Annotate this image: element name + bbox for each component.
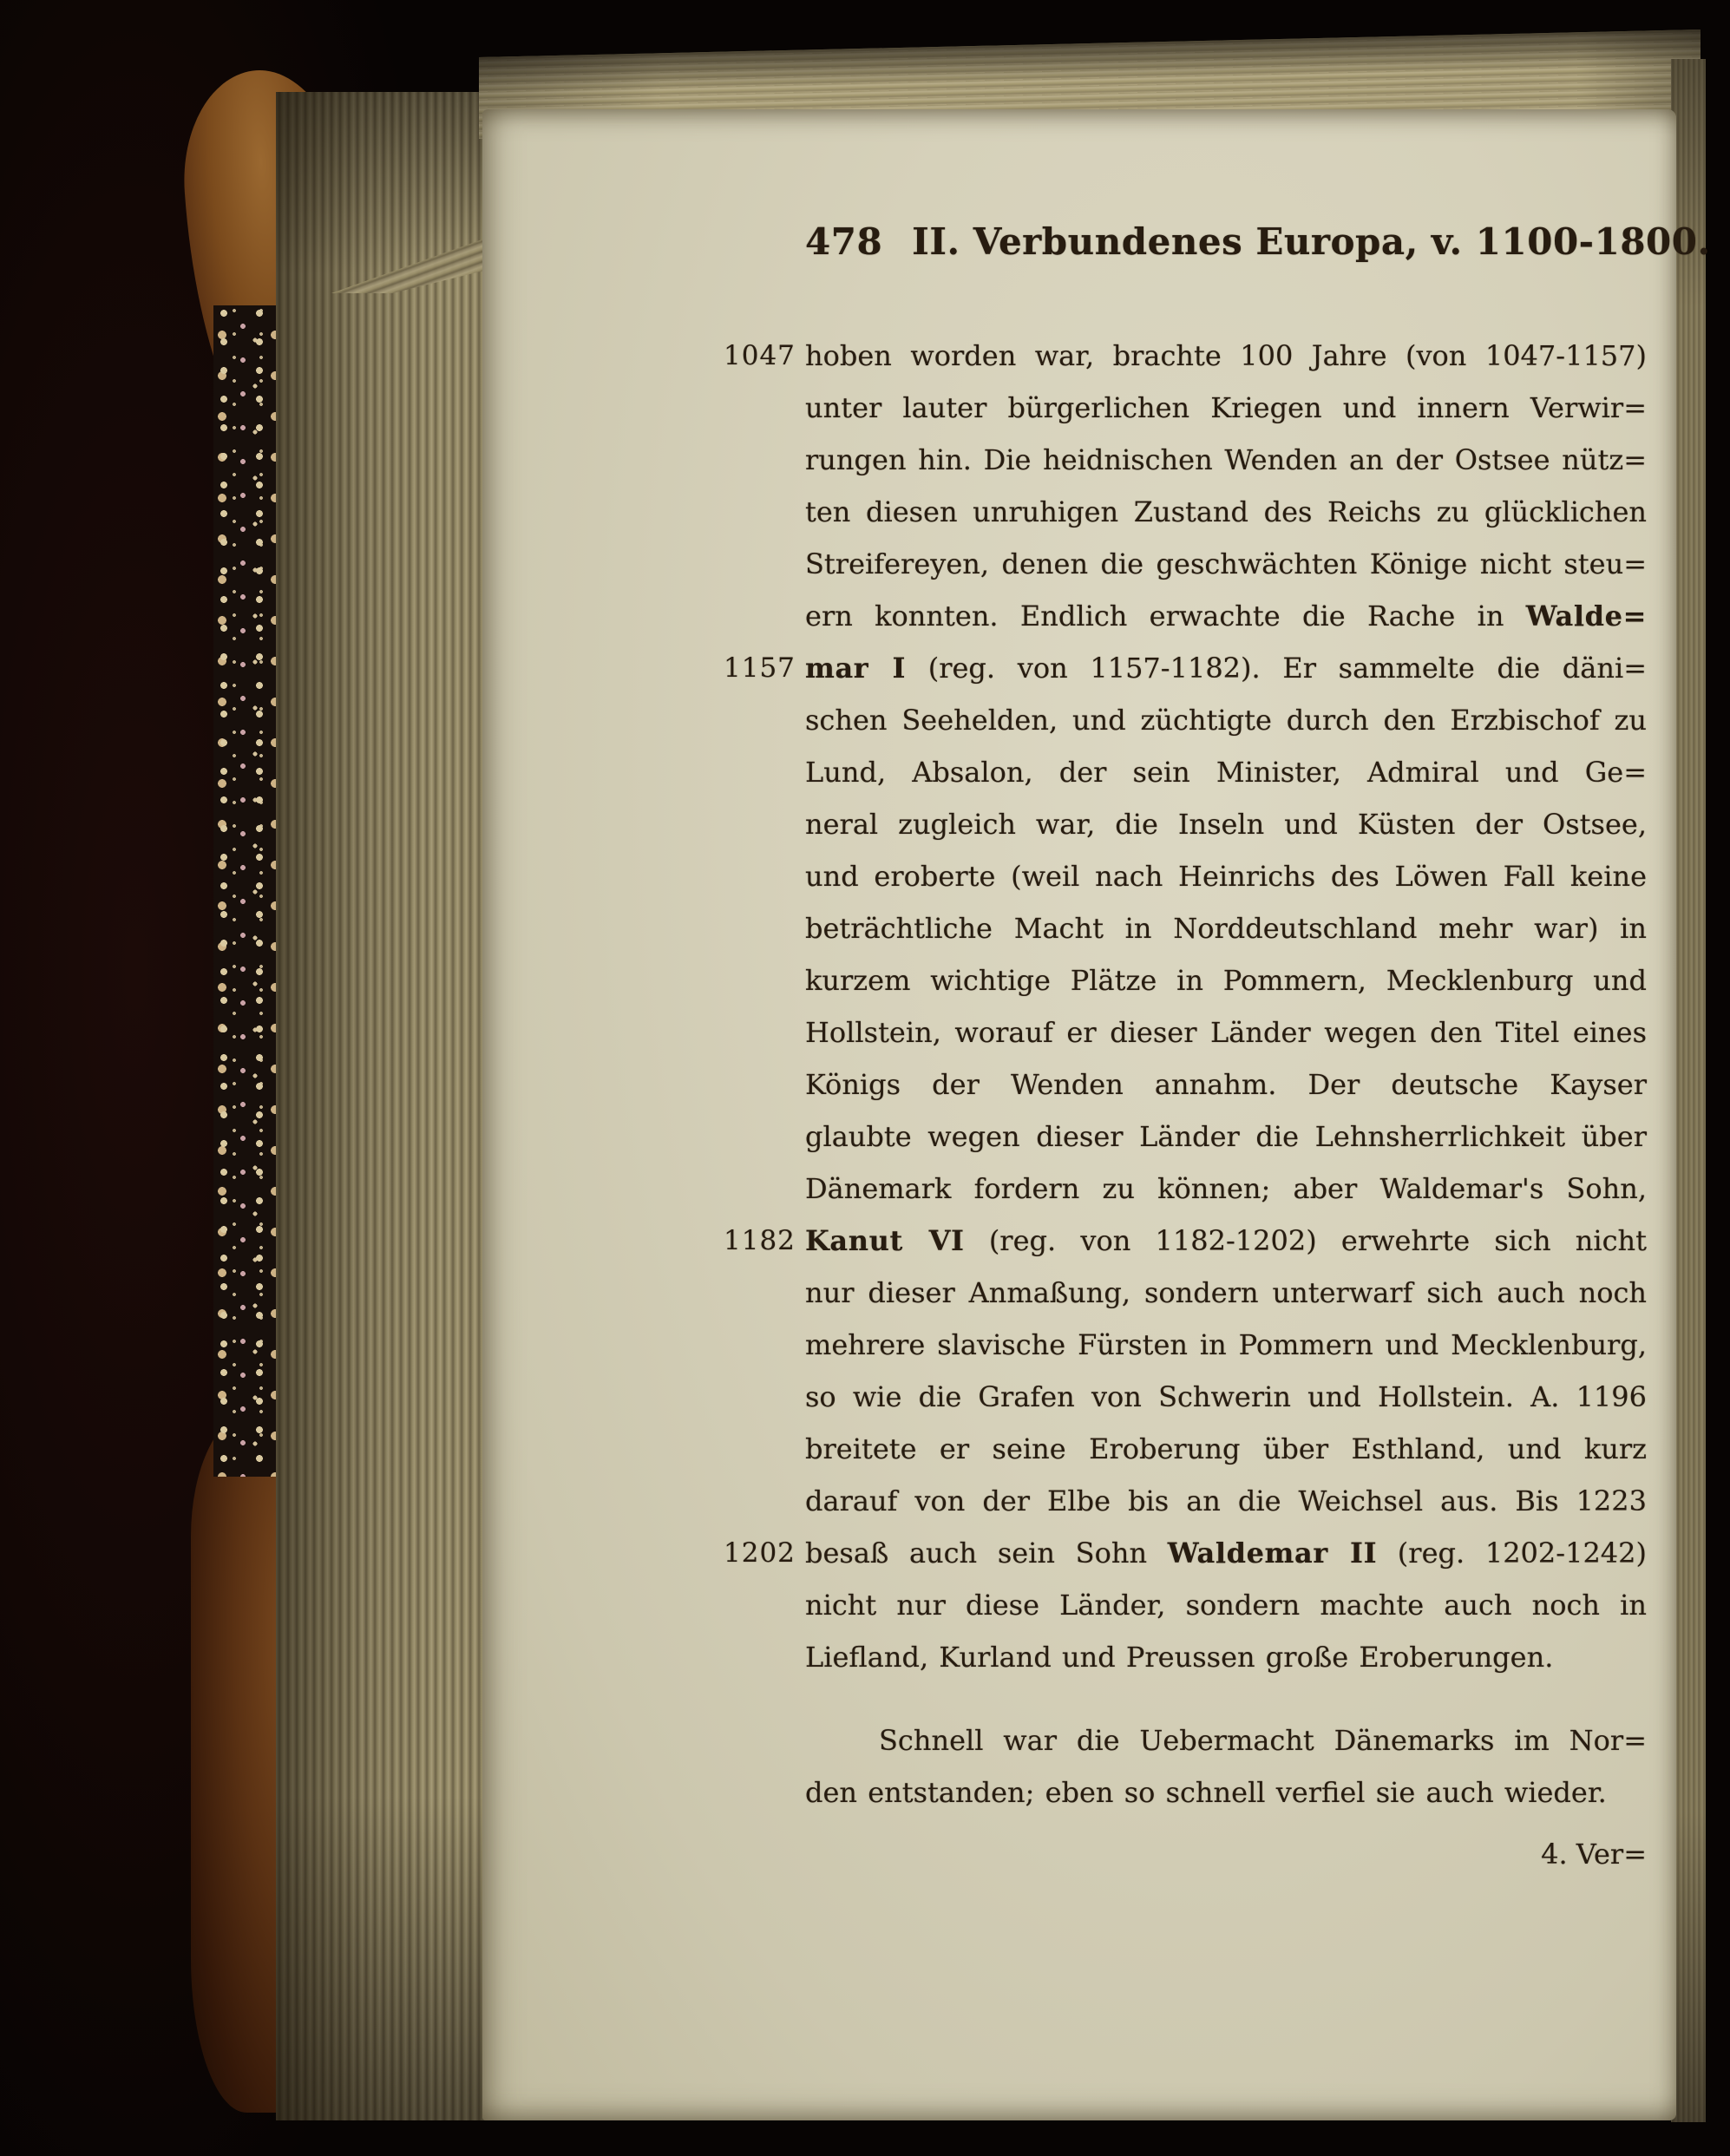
text-line: breitete er seine Eroberung über Esthlan… bbox=[805, 1423, 1647, 1475]
line-text: Schnell war die Uebermacht Dänemarks im … bbox=[879, 1724, 1647, 1757]
line-text: ten diesen unruhigen Zustand des Reichs … bbox=[805, 495, 1647, 528]
line-text: mehrere slavische Fürsten in Pommern und… bbox=[805, 1328, 1647, 1361]
line-text: Liefland, Kurland und Preussen große Ero… bbox=[805, 1641, 1553, 1674]
line-text: rungen hin. Die heidnischen Wenden an de… bbox=[805, 443, 1647, 476]
paragraph-1: 1047hoben worden war, brachte 100 Jahre … bbox=[805, 330, 1647, 1683]
running-header: 478 II. Verbundenes Europa, v. 1100-1800… bbox=[805, 220, 1647, 263]
text-line: Streifereyen, denen die geschwächten Kön… bbox=[805, 538, 1647, 590]
text-line: Schnell war die Uebermacht Dänemarks im … bbox=[805, 1714, 1647, 1766]
text-line: 1202besaß auch sein Sohn Waldemar II (re… bbox=[805, 1527, 1647, 1579]
page-block-fore-edge bbox=[276, 92, 486, 2120]
text-line: 1047hoben worden war, brachte 100 Jahre … bbox=[805, 330, 1647, 382]
text-line: Lund, Absalon, der sein Minister, Admira… bbox=[805, 746, 1647, 798]
emphasized-name: mar I bbox=[805, 652, 906, 685]
line-text: (reg. 1202-1242) bbox=[1377, 1537, 1647, 1569]
text-line: Liefland, Kurland und Preussen große Ero… bbox=[805, 1631, 1647, 1683]
line-text: (reg. von 1182-1202) erwehrte sich nicht bbox=[965, 1224, 1647, 1257]
text-line: ten diesen unruhigen Zustand des Reichs … bbox=[805, 486, 1647, 538]
text-line: mehrere slavische Fürsten in Pommern und… bbox=[805, 1319, 1647, 1371]
marbled-cover-board-edge bbox=[213, 305, 281, 1477]
line-text: besaß auch sein Sohn bbox=[805, 1537, 1168, 1569]
line-text: unter lauter bürgerlichen Kriegen und in… bbox=[805, 391, 1647, 424]
line-text: beträchtliche Macht in Norddeutschland m… bbox=[805, 912, 1647, 945]
text-line: glaubte wegen dieser Länder die Lehnsher… bbox=[805, 1111, 1647, 1163]
line-text: Lund, Absalon, der sein Minister, Admira… bbox=[805, 756, 1647, 789]
text-line: nicht nur diese Länder, sondern machte a… bbox=[805, 1579, 1647, 1631]
text-line: Hollstein, worauf er dieser Länder wegen… bbox=[805, 1006, 1647, 1058]
paragraph-2: Schnell war die Uebermacht Dänemarks im … bbox=[805, 1714, 1647, 1819]
line-text: so wie die Grafen von Schwerin und Holls… bbox=[805, 1380, 1647, 1413]
text-line: neral zugleich war, die Inseln und Küste… bbox=[805, 798, 1647, 850]
text-line: unter lauter bürgerlichen Kriegen und in… bbox=[805, 382, 1647, 434]
line-text: schen Seehelden, und züchtigte durch den… bbox=[805, 704, 1647, 737]
margin-year: 1157 bbox=[724, 642, 800, 694]
book-page: 478 II. Verbundenes Europa, v. 1100-1800… bbox=[482, 109, 1676, 2120]
line-text: neral zugleich war, die Inseln und Küste… bbox=[805, 808, 1647, 841]
catchword-row: 4. Ver= bbox=[805, 1838, 1647, 1871]
line-text: Königs der Wenden annahm. Der deutsche K… bbox=[805, 1068, 1647, 1101]
margin-year: 1182 bbox=[724, 1215, 800, 1267]
text-line: 1157mar I (reg. von 1157-1182). Er samme… bbox=[805, 642, 1647, 694]
line-text: darauf von der Elbe bis an die Weichsel … bbox=[805, 1484, 1647, 1517]
margin-year: 1047 bbox=[724, 330, 800, 382]
line-text: den entstanden; eben so schnell verfiel … bbox=[805, 1776, 1607, 1809]
text-line: nur dieser Anmaßung, sondern unterwarf s… bbox=[805, 1267, 1647, 1319]
text-line: kurzem wichtige Plätze in Pommern, Meckl… bbox=[805, 954, 1647, 1006]
line-text: kurzem wichtige Plätze in Pommern, Meckl… bbox=[805, 964, 1647, 997]
line-text: Dänemark fordern zu können; aber Waldema… bbox=[805, 1172, 1647, 1205]
text-line: rungen hin. Die heidnischen Wenden an de… bbox=[805, 434, 1647, 486]
text-line: beträchtliche Macht in Norddeutschland m… bbox=[805, 902, 1647, 954]
chapter-title: II. Verbundenes Europa, v. 1100-1800. bbox=[912, 220, 1710, 263]
text-line: so wie die Grafen von Schwerin und Holls… bbox=[805, 1371, 1647, 1423]
margin-year: 1202 bbox=[724, 1527, 800, 1579]
text-line: und eroberte (weil nach Heinrichs des Lö… bbox=[805, 850, 1647, 902]
text-line: schen Seehelden, und züchtigte durch den… bbox=[805, 694, 1647, 746]
text-line: darauf von der Elbe bis an die Weichsel … bbox=[805, 1475, 1647, 1527]
text-line: den entstanden; eben so schnell verfiel … bbox=[805, 1766, 1647, 1819]
line-text: und eroberte (weil nach Heinrichs des Lö… bbox=[805, 860, 1647, 893]
line-text: breitete er seine Eroberung über Esthlan… bbox=[805, 1432, 1647, 1465]
text-line: Königs der Wenden annahm. Der deutsche K… bbox=[805, 1058, 1647, 1111]
text-line: Dänemark fordern zu können; aber Waldema… bbox=[805, 1163, 1647, 1215]
line-text: ern konnten. Endlich erwachte die Rache … bbox=[805, 600, 1526, 632]
scanned-book-photo: 478 II. Verbundenes Europa, v. 1100-1800… bbox=[0, 0, 1730, 2156]
catchword: 4. Ver= bbox=[1541, 1838, 1647, 1871]
line-text: Hollstein, worauf er dieser Länder wegen… bbox=[805, 1016, 1647, 1049]
emphasized-name: Kanut VI bbox=[805, 1224, 965, 1257]
line-text: glaubte wegen dieser Länder die Lehnsher… bbox=[805, 1120, 1647, 1153]
emphasized-name: Waldemar II bbox=[1168, 1537, 1377, 1569]
line-text: nicht nur diese Länder, sondern machte a… bbox=[805, 1589, 1647, 1622]
page-number: 478 bbox=[805, 220, 882, 263]
page-block-right-edge bbox=[1671, 59, 1706, 2122]
line-text: (reg. von 1157-1182). Er sammelte die dä… bbox=[906, 652, 1647, 685]
line-text: nur dieser Anmaßung, sondern unterwarf s… bbox=[805, 1276, 1647, 1309]
emphasized-name: Walde= bbox=[1526, 600, 1647, 632]
text-line: ern konnten. Endlich erwachte die Rache … bbox=[805, 590, 1647, 642]
line-text: Streifereyen, denen die geschwächten Kön… bbox=[805, 547, 1647, 580]
line-text: hoben worden war, brachte 100 Jahre (von… bbox=[805, 339, 1647, 372]
text-line: 1182Kanut VI (reg. von 1182-1202) erwehr… bbox=[805, 1215, 1647, 1267]
